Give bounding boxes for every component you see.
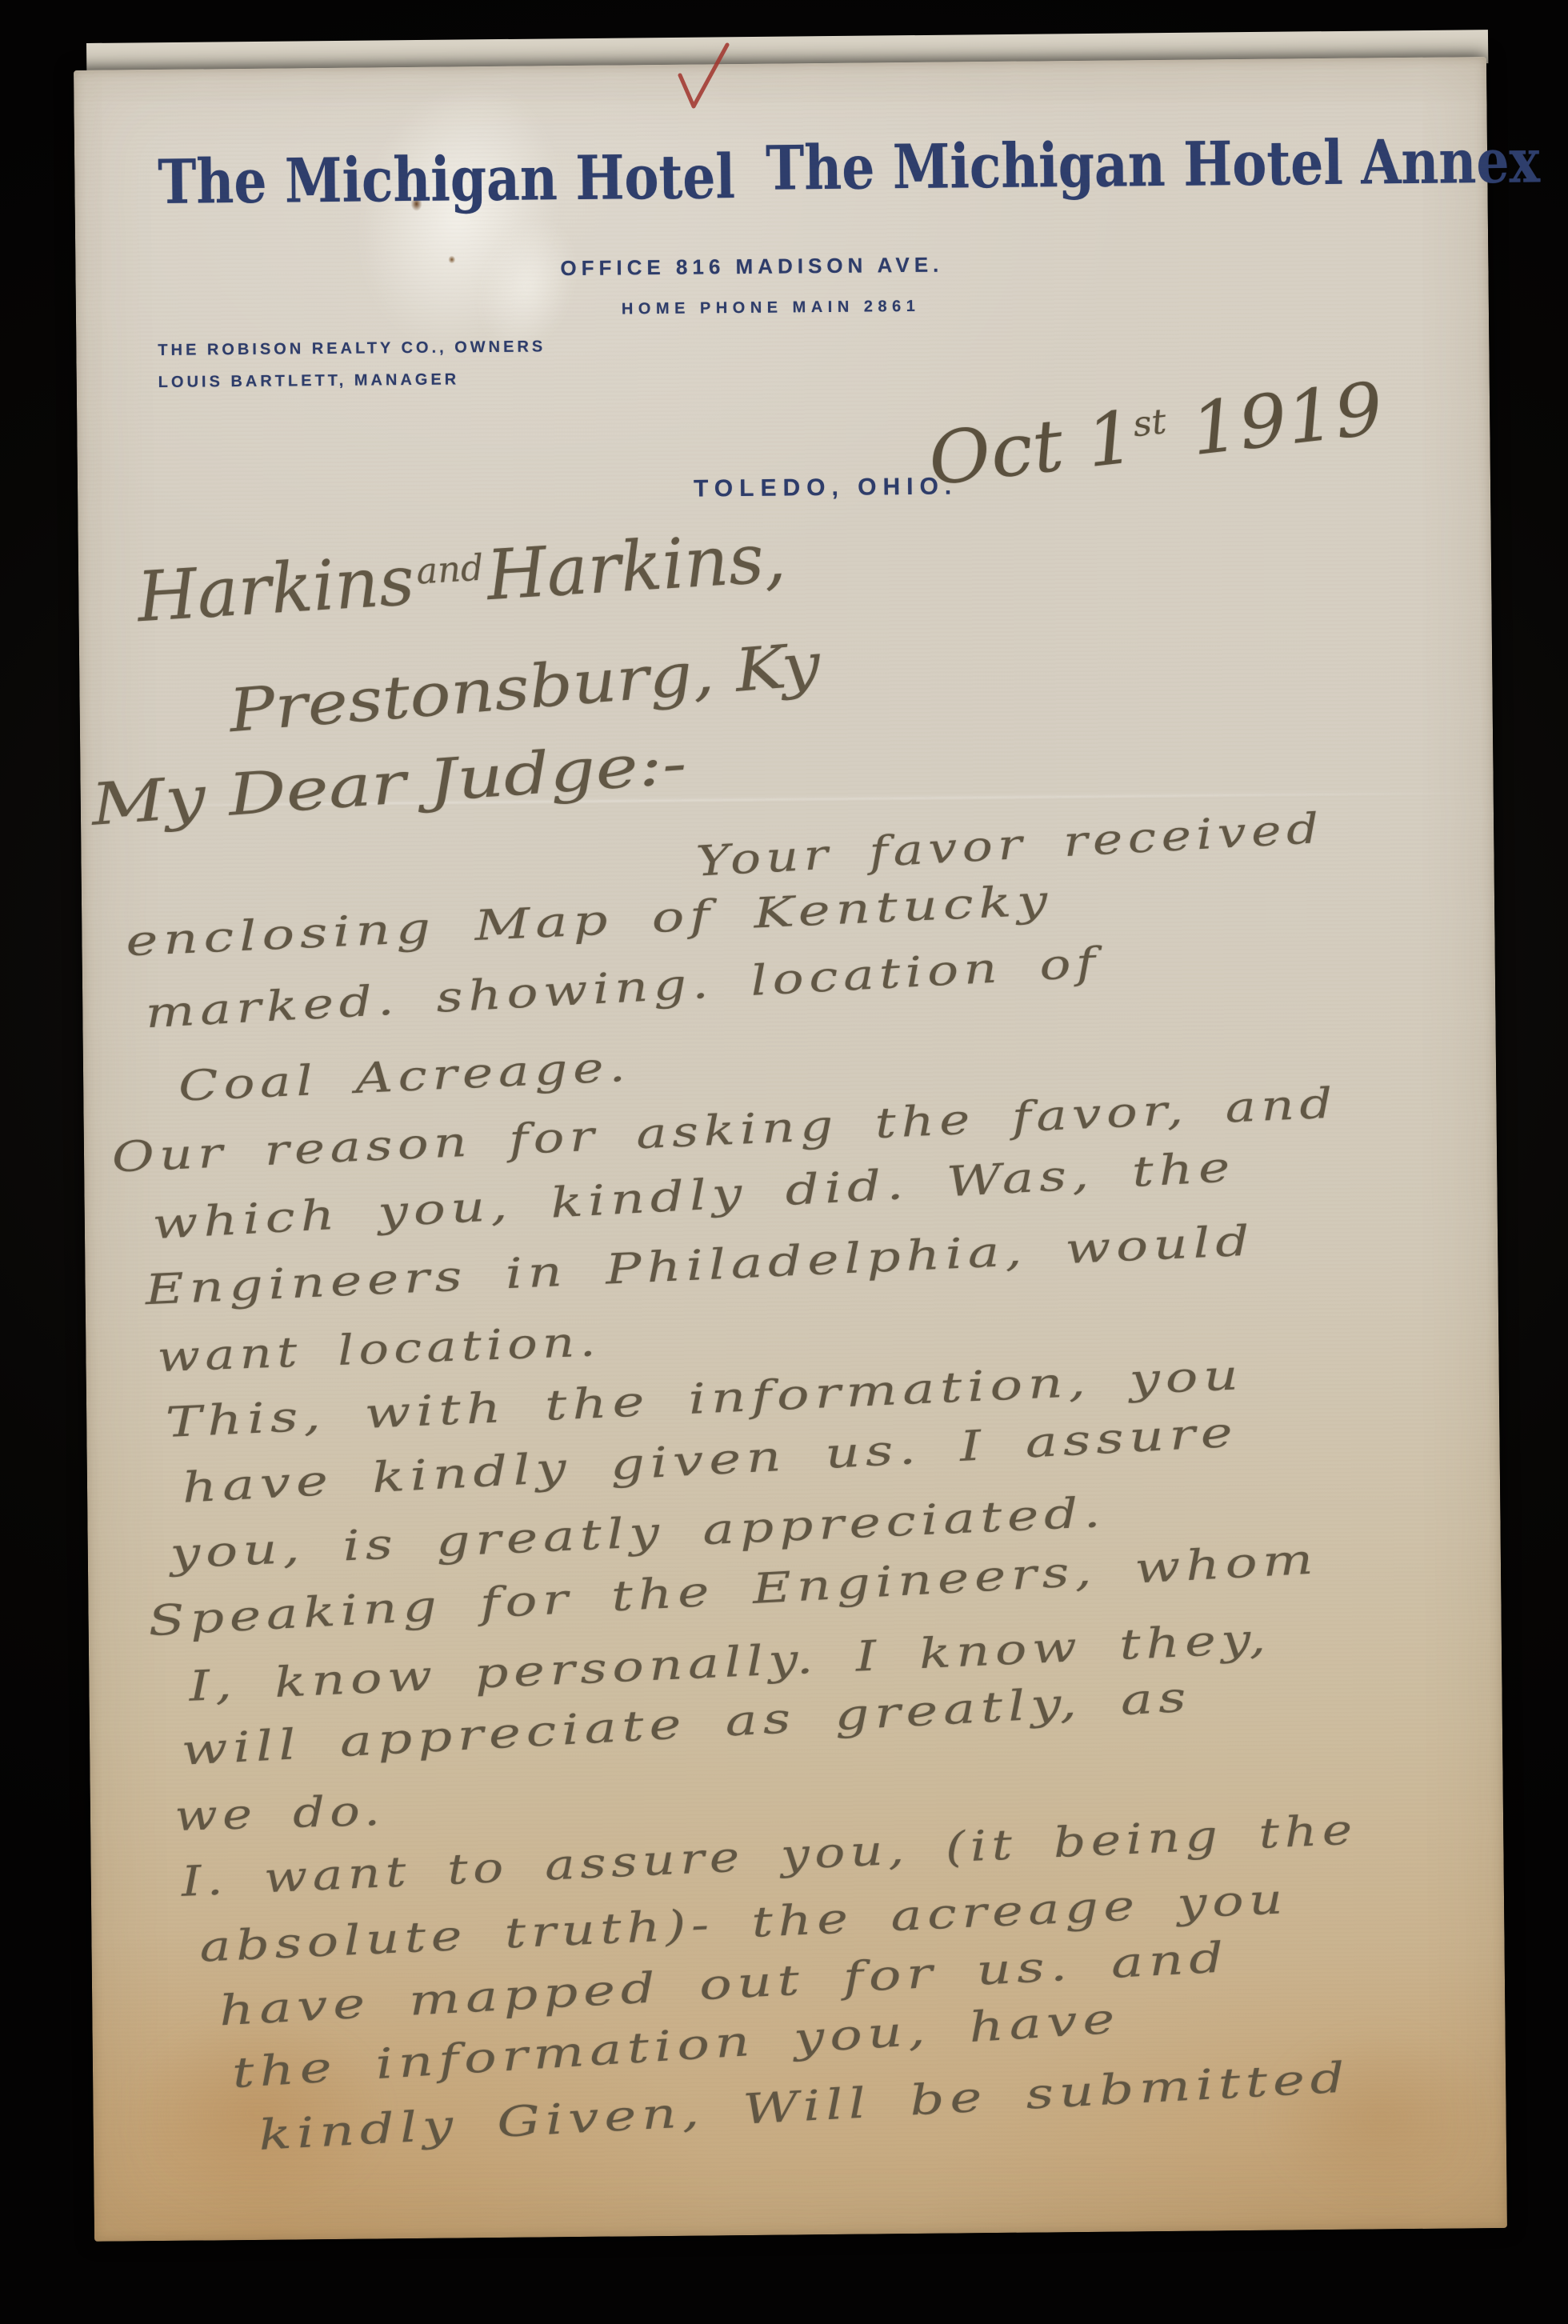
owners-line: THE ROBISON REALTY CO., OWNERS	[158, 338, 546, 360]
red-checkmark-icon	[662, 30, 750, 126]
recipient-firm-line: HarkinsandHarkins,	[135, 518, 788, 638]
letter-paper: The Michigan Hotel The Michigan Hotel An…	[74, 57, 1507, 2242]
recipient-conjunction: and	[412, 546, 487, 594]
handwritten-date: Oct 1st 1919	[924, 366, 1387, 502]
office-address-line: OFFICE 816 MADISON AVE.	[560, 253, 943, 282]
date-year: 1919	[1186, 366, 1387, 472]
place-dateline: TOLEDO, OHIO.	[694, 473, 958, 502]
manager-line: LOUIS BARTLETT, MANAGER	[158, 370, 460, 392]
letter-body-line: we do.	[174, 1787, 386, 1841]
date-day: Oct 1	[924, 395, 1139, 502]
recipient-firm-second: Harkins,	[485, 518, 788, 616]
recipient-city-line: Prestonsburg, Ky	[226, 630, 822, 746]
letter-body-line: want location.	[157, 1318, 602, 1382]
phone-line: HOME PHONE MAIN 2861	[622, 298, 921, 319]
paper-stain	[1261, 2025, 1502, 2211]
date-ordinal: st	[1131, 402, 1169, 445]
scan-background: The Michigan Hotel The Michigan Hotel An…	[0, 0, 1568, 2324]
letter-body-line: Coal Acreage.	[178, 1043, 632, 1111]
hotel-name-right: The Michigan Hotel Annex	[766, 125, 1541, 203]
hotel-name-left: The Michigan Hotel	[158, 141, 735, 218]
letter-body-line: Your favor received	[695, 805, 1326, 886]
paper-spot	[448, 255, 455, 263]
recipient-firm-first: Harkins	[135, 541, 417, 638]
salutation-line: My Dear Judge:-	[89, 729, 689, 838]
